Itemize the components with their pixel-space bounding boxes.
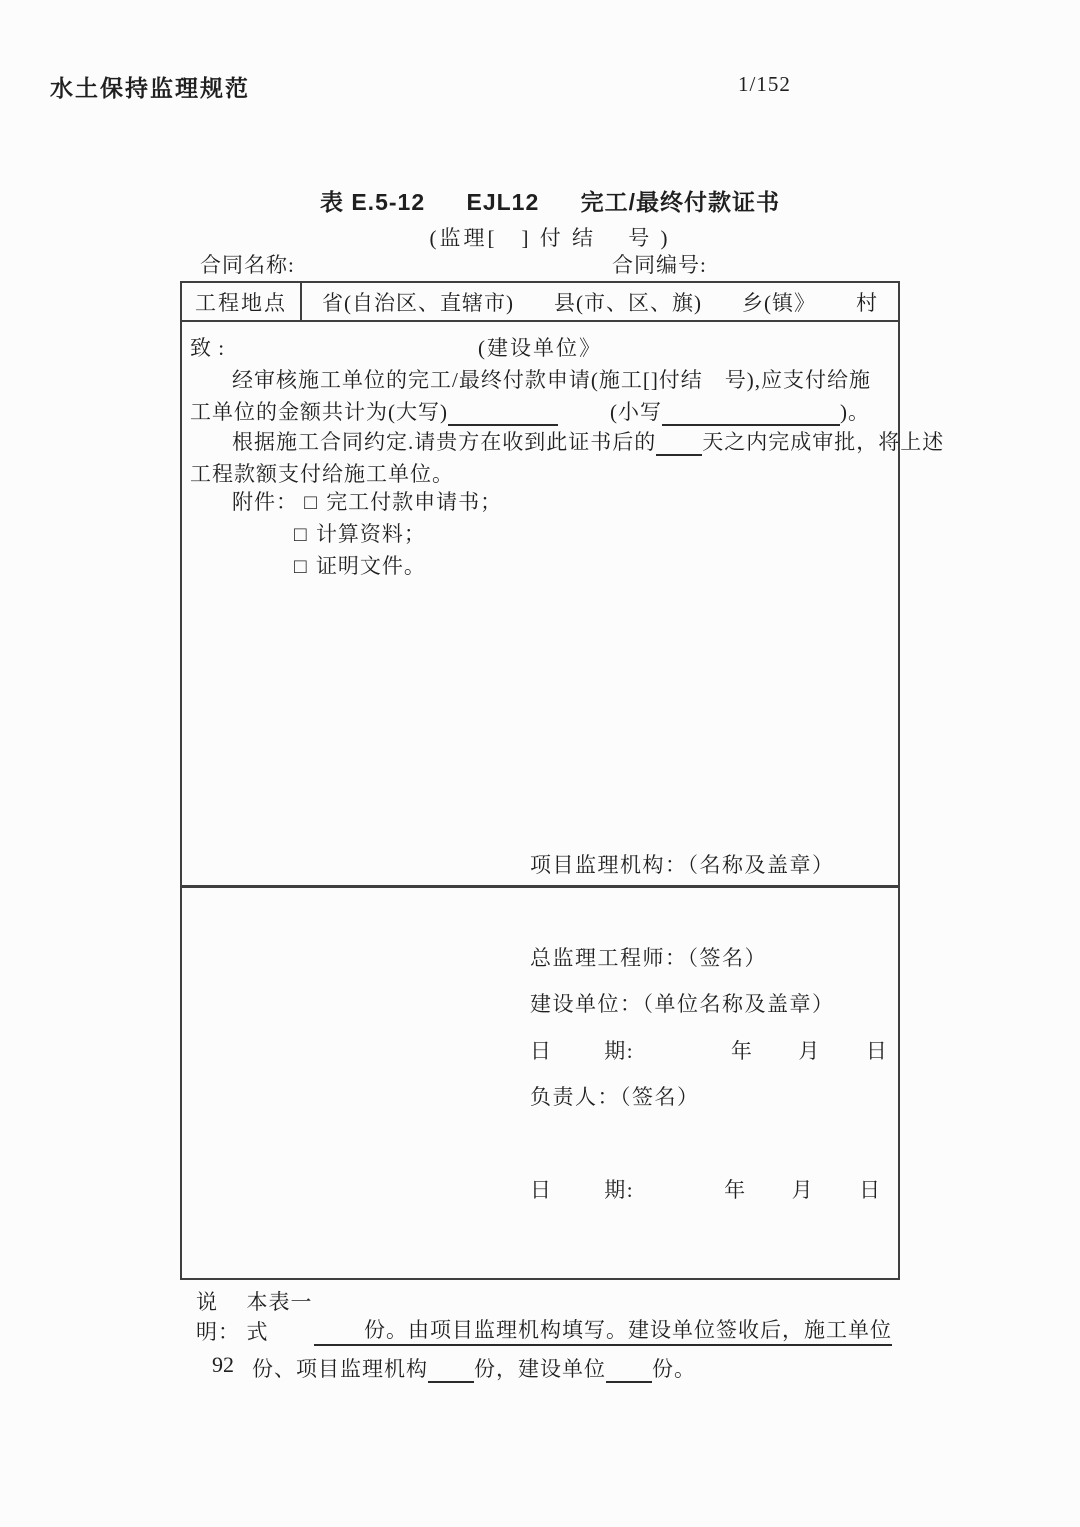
note-part-3: 份。	[652, 1353, 696, 1383]
approval-days-blank	[656, 430, 702, 456]
body-line-3: 根据施工合同约定.请贵方在收到此证书后的 天之内完成审批，将上述	[232, 426, 944, 456]
amount-words-blank	[448, 400, 558, 426]
form-subtitle: (监理[ ] 付 结 号 )	[100, 222, 1000, 252]
to-label: 致 :	[190, 336, 225, 360]
form-name: 完工/最终付款证书	[581, 189, 780, 215]
attachment-label: 附件：	[232, 490, 298, 514]
client-cell: 建设单位：（单位名称及盖章） 负责人：（签名） 日 期: 年 月 日	[182, 888, 898, 1278]
page-indicator: 1/152	[738, 72, 791, 97]
body-line-1: 经审核施工单位的完工/最终付款申请(施工[]付结 号),应支付给施	[232, 364, 871, 394]
body-line-2: 工单位的金额共计为(大写) (小写 )。	[190, 396, 870, 426]
location-option-village: 村	[856, 287, 878, 317]
note-underlined-segment: 份。由项目监理机构填写。建设单位签收后，施工单位	[314, 1314, 892, 1346]
checkbox-icon: □	[294, 554, 308, 578]
amount-close-paren: )。	[840, 396, 870, 426]
amount-figures-blank	[662, 400, 840, 426]
note-line-2: 份、项目监理机构 份，建设单位 份。	[252, 1353, 892, 1383]
copies-blank	[606, 1357, 652, 1383]
location-option-county: 县(市、区、旗)	[554, 287, 702, 317]
note-line-1: 说明：本表一式 份。由项目监理机构填写。建设单位签收后，施工单位	[196, 1286, 892, 1346]
attachment-item-label: 完工付款申请书；	[326, 490, 502, 514]
checkbox-icon: □	[304, 490, 318, 514]
supervisor-org-line: 项目监理机构：（名称及盖章）	[530, 850, 888, 881]
client-person-line: 负责人：（签名）	[530, 1082, 882, 1113]
note-label: 说明：	[196, 1286, 246, 1346]
approval-days-suffix: 天之内完成审批，将上述	[702, 426, 944, 456]
checkbox-icon: □	[294, 522, 308, 546]
location-row: 工程地点 省(自治区、直辖市) 县(市、区、旗) 乡(镇》 村	[182, 283, 898, 322]
client-unit-line: 建设单位：（单位名称及盖章）	[530, 989, 882, 1020]
attachment-item-label: 证明文件。	[316, 554, 426, 578]
location-label: 工程地点	[182, 283, 302, 320]
body-line-4: 工程款额支付给施工单位。	[190, 458, 454, 488]
to-line: 致 : (建设单位》	[190, 332, 225, 362]
form-table-number: 表 E.5-12	[320, 189, 425, 215]
location-option-province: 省(自治区、直辖市)	[322, 287, 514, 317]
location-options: 省(自治区、直辖市) 县(市、区、旗) 乡(镇》 村	[302, 283, 898, 320]
amount-words-label: 工单位的金额共计为(大写)	[190, 396, 448, 426]
form-title: 表 E.5-12 EJL12 完工/最终付款证书	[100, 184, 1000, 217]
note-copies-prefix: 本表一式	[246, 1286, 313, 1346]
certificate-body-cell: 致 : (建设单位》 经审核施工单位的完工/最终付款申请(施工[]付结 号),应…	[182, 322, 898, 888]
approval-days-prefix: 根据施工合同约定.请贵方在收到此证书后的	[232, 426, 656, 456]
client-date-line: 日 期: 年 月 日	[530, 1175, 882, 1206]
note-part-1: 份、项目监理机构	[252, 1353, 428, 1383]
document-header-title: 水土保持监理规范	[50, 70, 250, 103]
note-part-2: 份，建设单位	[474, 1353, 606, 1383]
to-recipient: (建设单位》	[478, 332, 602, 362]
attachment-item-3: □ 证明文件。	[294, 550, 426, 580]
attachment-item-1: 附件： □ 完工付款申请书；	[232, 486, 502, 516]
copies-blank	[428, 1357, 474, 1383]
contract-number-label: 合同编号:	[612, 249, 707, 279]
amount-figures-label: (小写	[610, 396, 662, 426]
location-option-town: 乡(镇》	[742, 287, 816, 317]
form-note: 说明：本表一式 份。由项目监理机构填写。建设单位签收后，施工单位 份、项目监理机…	[196, 1286, 892, 1383]
attachment-item-2: □ 计算资料；	[294, 518, 426, 548]
page-number: 92	[212, 1352, 234, 1378]
contract-name-label: 合同名称:	[200, 249, 295, 279]
attachment-item-label: 计算资料；	[316, 522, 426, 546]
form-code: EJL12	[467, 189, 540, 215]
form-table: 工程地点 省(自治区、直辖市) 县(市、区、旗) 乡(镇》 村 致 : (建设单…	[180, 281, 900, 1280]
document-page: 水土保持监理规范 1/152 表 E.5-12 EJL12 完工/最终付款证书 …	[0, 0, 1080, 1527]
client-signature-block: 建设单位：（单位名称及盖章） 负责人：（签名） 日 期: 年 月 日	[530, 927, 882, 1268]
